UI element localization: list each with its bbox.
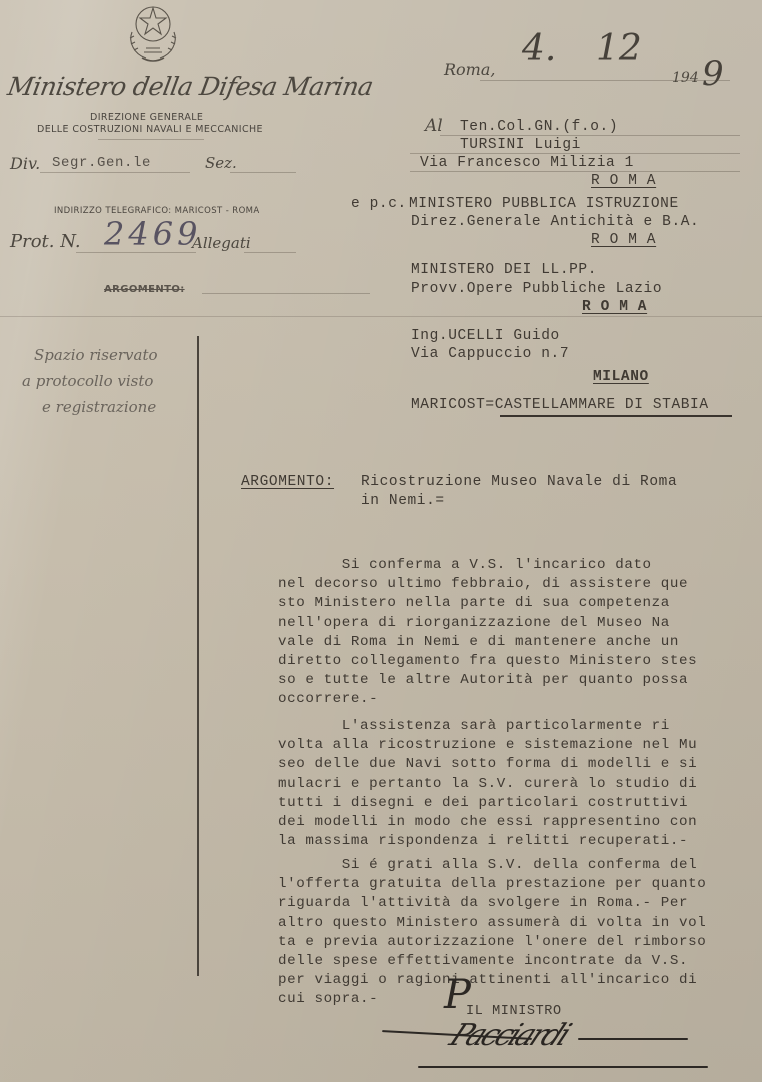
sez-label: Sez. — [205, 154, 237, 172]
signature-stroke — [578, 1038, 688, 1040]
recipient-4-line2: Via Cappuccio n.7 — [411, 346, 569, 362]
recipient-2-line2: Direz.Generale Antichità e B.A. — [411, 214, 699, 230]
body-line: altro questo Ministero assumerà di volta… — [278, 914, 748, 933]
body-line: la massima rispondenza i relitti recuper… — [278, 832, 748, 851]
recipient-2-prefix: e p.c. — [351, 196, 407, 212]
recipient-2-line1: MINISTERO PUBBLICA ISTRUZIONE — [409, 196, 679, 212]
date-year-suffix: 9 — [702, 54, 724, 94]
subject-label: ARGOMENTO: — [241, 474, 334, 490]
signature-underline — [418, 1066, 708, 1068]
body-line: sto Ministero nella parte di sua compete… — [278, 594, 748, 613]
body-line: l'offerta gratuita della prestazione per… — [278, 875, 748, 894]
prot-line — [76, 252, 196, 253]
body-line: riguarda l'attività da svolgere in Roma.… — [278, 894, 748, 913]
margin-note-line2: a protocollo visto — [22, 372, 153, 390]
body-line: seo delle due Navi sotto forma di modell… — [278, 755, 748, 774]
body-line: tutti i disegni e dei particolari costru… — [278, 794, 748, 813]
body-line: so e tutte le altre Autorità per quanto … — [278, 671, 748, 690]
recipient-1-city: R O M A — [591, 173, 656, 189]
allegati-line — [244, 252, 296, 253]
allegati-label: Allegati — [192, 234, 251, 252]
recipient-line — [410, 171, 740, 172]
date-day: 4. — [522, 28, 556, 69]
recipient-3-line2: Provv.Opere Pubbliche Lazio — [411, 281, 662, 297]
recipient-line — [440, 135, 740, 136]
margin-note-line3: e registrazione — [42, 398, 156, 416]
body-paragraph-2: L'assistenza sarà particolarmente rivolt… — [278, 717, 748, 851]
recipient-3-city: R O M A — [582, 299, 647, 315]
body-line: vale di Roma in Nemi e di mantenere anch… — [278, 633, 748, 652]
subject-line1: Ricostruzione Museo Navale di Roma — [361, 474, 677, 490]
div-line — [40, 172, 190, 173]
ministry-name: Ministero della Difesa Marina — [5, 72, 375, 101]
letterhead-divider — [98, 139, 204, 140]
body-line: Si é grati alla S.V. della conferma del — [278, 856, 748, 875]
signature-scrawl: Pacciardi — [444, 1018, 574, 1053]
recipient-5-underline — [500, 415, 732, 417]
body-line: delle spese effettivamente incontrate da… — [278, 952, 748, 971]
div-label: Div. — [10, 154, 40, 173]
recipient-4-line1: Ing.UCELLI Guido — [411, 328, 560, 344]
date-place: Roma, — [444, 60, 495, 79]
body-line: nel decorso ultimo febbraio, di assister… — [278, 575, 748, 594]
italian-republic-emblem-icon — [120, 2, 186, 66]
recipient-line — [410, 153, 740, 154]
recipient-1-line1: Ten.Col.GN.(f.o.) — [460, 119, 618, 135]
recipient-1-line3: Via Francesco Milizia 1 — [420, 155, 634, 171]
prot-number: 2469 — [104, 215, 201, 253]
date-line — [480, 80, 730, 81]
body-paragraph-1: Si conferma a V.S. l'incarico datonel de… — [278, 556, 748, 710]
body-line: dei modelli in modo che essi rappresenti… — [278, 813, 748, 832]
recipient-4-city: MILANO — [593, 369, 649, 385]
subject-line2: in Nemi.= — [361, 493, 445, 509]
body-line: ta e previa autorizzazione l'onere del r… — [278, 933, 748, 952]
body-paragraph-3: Si é grati alla S.V. della conferma dell… — [278, 856, 748, 1010]
date-year-prefix: 194 — [672, 70, 699, 86]
department-line2: DELLE COSTRUZIONI NAVALI E MECCANICHE — [37, 124, 263, 135]
recipient-prefix-al: Al — [425, 116, 443, 136]
argomento-header-label: ARGOMENTO: — [104, 284, 185, 295]
department-line1: DIREZIONE GENERALE — [90, 112, 203, 123]
argomento-header-line — [202, 293, 370, 294]
body-line: Si conferma a V.S. l'incarico dato — [278, 556, 748, 575]
body-line: mulacri e pertanto la S.V. curerà lo stu… — [278, 775, 748, 794]
prot-label: Prot. N. — [10, 231, 81, 252]
sez-line — [230, 172, 296, 173]
recipient-3-line1: MINISTERO DEI LL.PP. — [411, 262, 597, 278]
date-month: 12 — [596, 28, 642, 69]
signature-title: IL MINISTRO — [466, 1004, 562, 1019]
body-line: nell'opera di riorganizzazione del Museo… — [278, 614, 748, 633]
header-bottom-rule — [0, 316, 762, 317]
margin-note-line1: Spazio riservato — [34, 346, 158, 364]
div-value: Segr.Gen.le — [52, 155, 151, 171]
recipient-2-city: R O M A — [591, 232, 656, 248]
body-line: diretto collegamento fra questo Minister… — [278, 652, 748, 671]
body-line: L'assistenza sarà particolarmente ri — [278, 717, 748, 736]
recipient-1-line2: TURSINI Luigi — [460, 137, 581, 153]
body-line: volta alla ricostruzione e sistemazione … — [278, 736, 748, 755]
body-line: per viaggi o ragioni attinenti all'incar… — [278, 971, 748, 990]
margin-vertical-rule — [197, 336, 199, 976]
recipient-5-line1: MARICOST=CASTELLAMMARE DI STABIA — [411, 397, 709, 413]
body-line: occorrere.- — [278, 690, 748, 709]
